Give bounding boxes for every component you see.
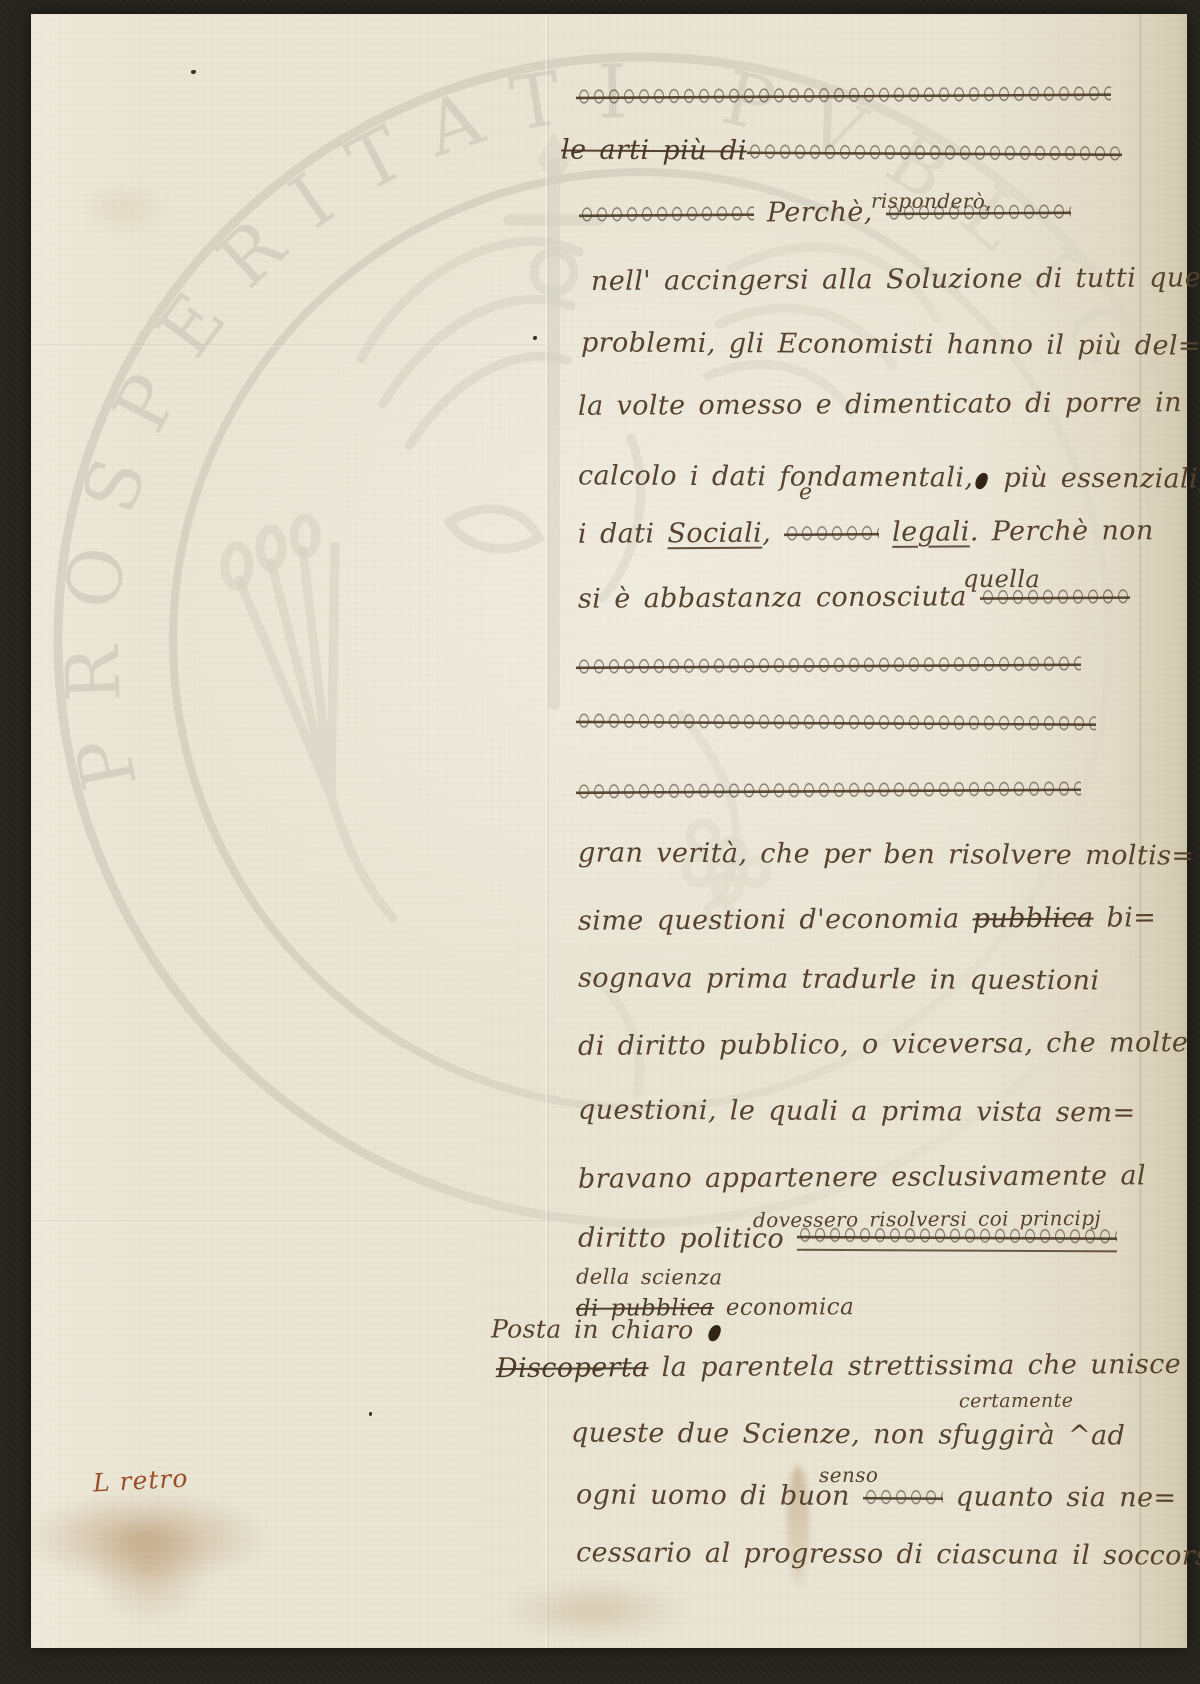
scribbled-out-text	[576, 652, 1081, 677]
ink-blot	[707, 1323, 723, 1343]
manuscript-line: sognava prima tradurle in questioni	[578, 962, 1100, 999]
ink-blot	[974, 471, 990, 491]
handwritten-text: senso	[819, 1463, 878, 1487]
manuscript-line	[576, 76, 1111, 113]
handwritten-text: della scienza	[576, 1265, 723, 1290]
margin-note-l-retro: L retro	[92, 1464, 189, 1498]
manuscript-line: e	[799, 476, 813, 510]
underlined-text: legali	[892, 516, 970, 547]
manuscript-line	[576, 771, 1081, 808]
handwritten-text: sognava prima tradurle in questioni	[578, 963, 1100, 997]
manuscript-line: i dati Sociali, legali. Perchè non	[578, 514, 1154, 552]
scribbled-out-text	[576, 82, 1111, 107]
struck-text: Discoperta	[496, 1352, 649, 1384]
struck-text: pubblica	[972, 903, 1093, 935]
manuscript-line: dovessero risolversi coi principj	[753, 1201, 1101, 1237]
handwritten-text: i dati	[578, 518, 668, 550]
handwritten-text: la volte omesso e dimenticato di porre i…	[578, 387, 1182, 422]
manuscript-line: queste due Scienze, non sfuggirà ^ad	[571, 1417, 1125, 1454]
manuscript-line: certamente	[959, 1384, 1074, 1419]
handwritten-text: si è abbastanza conosciuta	[578, 581, 980, 614]
handwriting-layer: le arti più di Perchè, risponderò,nell' …	[31, 14, 1187, 1648]
handwritten-text: . Perchè non	[970, 515, 1154, 547]
manuscript-line: problemi, gli Economisti hanno il più de…	[581, 326, 1200, 363]
handwritten-text: quanto sia ne=	[943, 1481, 1177, 1513]
handwritten-text: questioni, le quali a prima vista sem=	[578, 1095, 1136, 1129]
manuscript-line: calcolo i dati fondamentali, più essenzi…	[578, 459, 1200, 496]
manuscript-line: cessario al progresso di ciascuna il soc…	[576, 1536, 1200, 1573]
scribbled-out-text	[747, 141, 1122, 165]
handwritten-text: bi=	[1093, 902, 1156, 933]
manuscript-line: senso	[819, 1458, 879, 1492]
struck-text: le arti più di	[561, 135, 747, 167]
handwritten-text	[879, 517, 892, 548]
manuscript-line: si è abbastanza conosciuta	[578, 579, 1130, 616]
manuscript-line	[576, 704, 1096, 741]
manuscript-line: bravano appartenere esclusivamente al	[578, 1159, 1146, 1196]
manuscript-line: nell' accingersi alla Soluzione di tutti…	[591, 261, 1200, 299]
handwritten-text: più essenziali,	[990, 463, 1200, 495]
manuscript-line: risponderò,	[871, 184, 992, 219]
manuscript-line: le arti più di	[561, 134, 1122, 171]
scribbled-out-text	[576, 777, 1081, 802]
manuscript-line: la volte omesso e dimenticato di porre i…	[578, 386, 1182, 424]
manuscript-line: quella	[963, 562, 1040, 596]
handwritten-text: bravano appartenere esclusivamente al	[578, 1160, 1146, 1194]
manuscript-line: di diritto pubblico, o viceversa, che mo…	[578, 1026, 1188, 1064]
scanned-document: PROSPERITATI PVBLICAE	[0, 0, 1200, 1684]
handwritten-text: Posta in chiaro	[491, 1314, 706, 1344]
handwritten-text: la parentela strettissima che unisce	[649, 1349, 1182, 1383]
manuscript-line: Posta in chiaro	[491, 1312, 723, 1347]
manuscript-line: Discoperta la parentela strettissima che…	[496, 1348, 1181, 1386]
handwritten-text: calcolo i dati fondamentali,	[578, 460, 974, 493]
handwritten-text: ,	[762, 517, 784, 548]
scribbled-out-text	[784, 522, 879, 545]
handwritten-text: quella	[963, 565, 1040, 593]
manuscript-line: della scienza	[576, 1260, 723, 1295]
handwritten-text: queste due Scienze, non sfuggirà ^ad	[571, 1418, 1125, 1452]
handwritten-text: economica	[714, 1294, 854, 1321]
handwritten-text: nell' accingersi alla Soluzione di tutti…	[591, 262, 1200, 297]
handwritten-text: gran verità, che per ben risolvere molti…	[578, 837, 1195, 871]
handwritten-text: problemi, gli Economisti hanno il più de…	[581, 327, 1200, 361]
manuscript-line: questioni, le quali a prima vista sem=	[578, 1094, 1136, 1131]
manuscript-paper: PROSPERITATI PVBLICAE	[31, 14, 1187, 1648]
manuscript-line	[576, 646, 1081, 683]
manuscript-line: sime questioni d'economia pubblica bi=	[578, 901, 1156, 939]
handwritten-text: certamente	[959, 1390, 1073, 1413]
manuscript-line: Perchè,	[579, 194, 1071, 231]
manuscript-line: gran verità, che per ben risolvere molti…	[578, 836, 1195, 873]
scribbled-out-text	[576, 710, 1096, 735]
handwritten-text: dovessero risolversi coi principj	[753, 1206, 1101, 1232]
underlined-text: Sociali	[667, 518, 762, 550]
handwritten-text: sime questioni d'economia	[578, 903, 973, 936]
handwritten-text: cessario al progresso di ciascuna il soc…	[576, 1537, 1200, 1571]
scribbled-out-text	[579, 202, 754, 225]
handwritten-text: di diritto pubblico, o viceversa, che mo…	[578, 1027, 1188, 1062]
handwritten-text: e	[799, 480, 813, 505]
handwritten-text: Perchè,	[754, 197, 886, 229]
handwritten-text: risponderò,	[871, 189, 992, 214]
